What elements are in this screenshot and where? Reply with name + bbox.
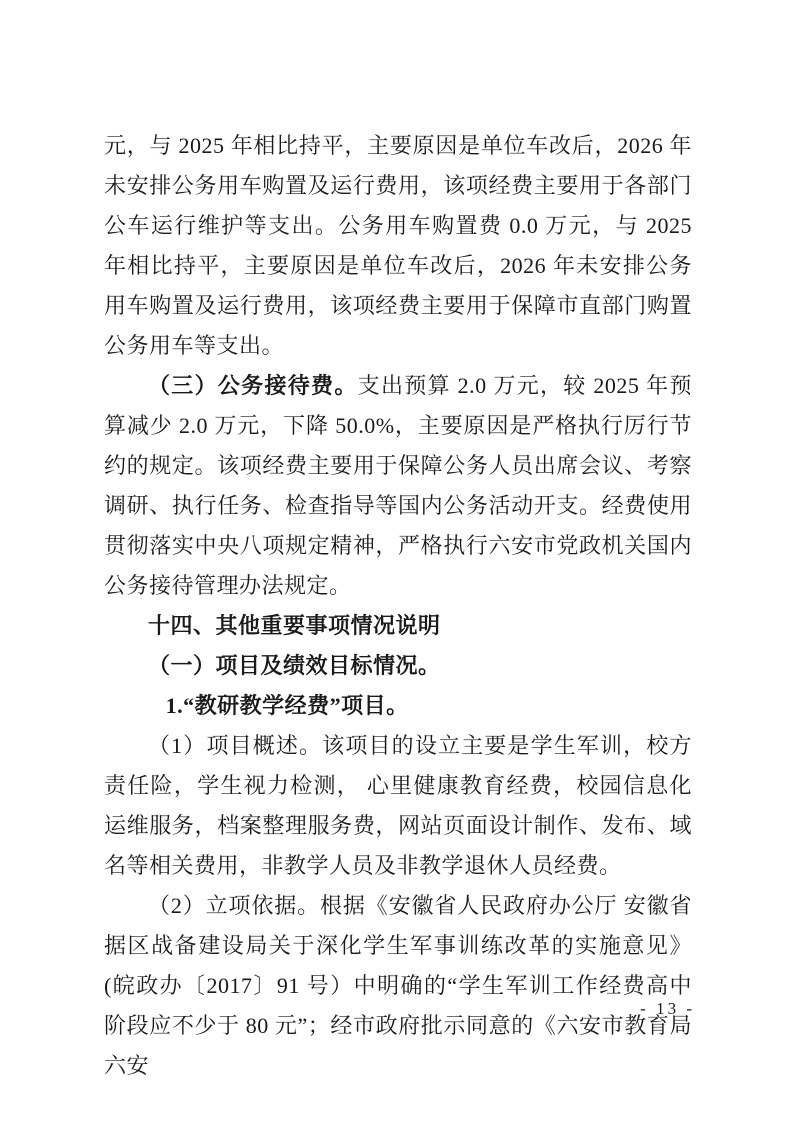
- subsection-heading-one: （一）项目及绩效目标情况。: [104, 646, 692, 686]
- paragraph-project-basis: （2）立项依据。根据《安徽省人民政府办公厅 安徽省据区战备建设局关于深化学生军事…: [104, 886, 692, 1086]
- paragraph-reception-text: 支出预算 2.0 万元，较 2025 年预算减少 2.0 万元，下降 50.0%…: [104, 373, 692, 598]
- item-heading-project-funds: 1.“教研教学经费”项目。: [104, 686, 692, 726]
- page-number: - 13 -: [640, 998, 695, 1020]
- document-body: 元，与 2025 年相比持平，主要原因是单位车改后，2026 年未安排公务用车购…: [104, 126, 692, 1086]
- section-heading-fourteen: 十四、其他重要事项情况说明: [104, 606, 692, 646]
- document-page: 元，与 2025 年相比持平，主要原因是单位车改后，2026 年未安排公务用车购…: [0, 0, 793, 1122]
- paragraph-project-overview: （1）项目概述。该项目的设立主要是学生军训，校方责任险，学生视力检测， 心里健康…: [104, 726, 692, 886]
- paragraph-reception-lead: （三）公务接待费。: [148, 373, 358, 398]
- paragraph-vehicle-expense: 元，与 2025 年相比持平，主要原因是单位车改后，2026 年未安排公务用车购…: [104, 126, 692, 366]
- paragraph-reception-expense: （三）公务接待费。支出预算 2.0 万元，较 2025 年预算减少 2.0 万元…: [104, 366, 692, 606]
